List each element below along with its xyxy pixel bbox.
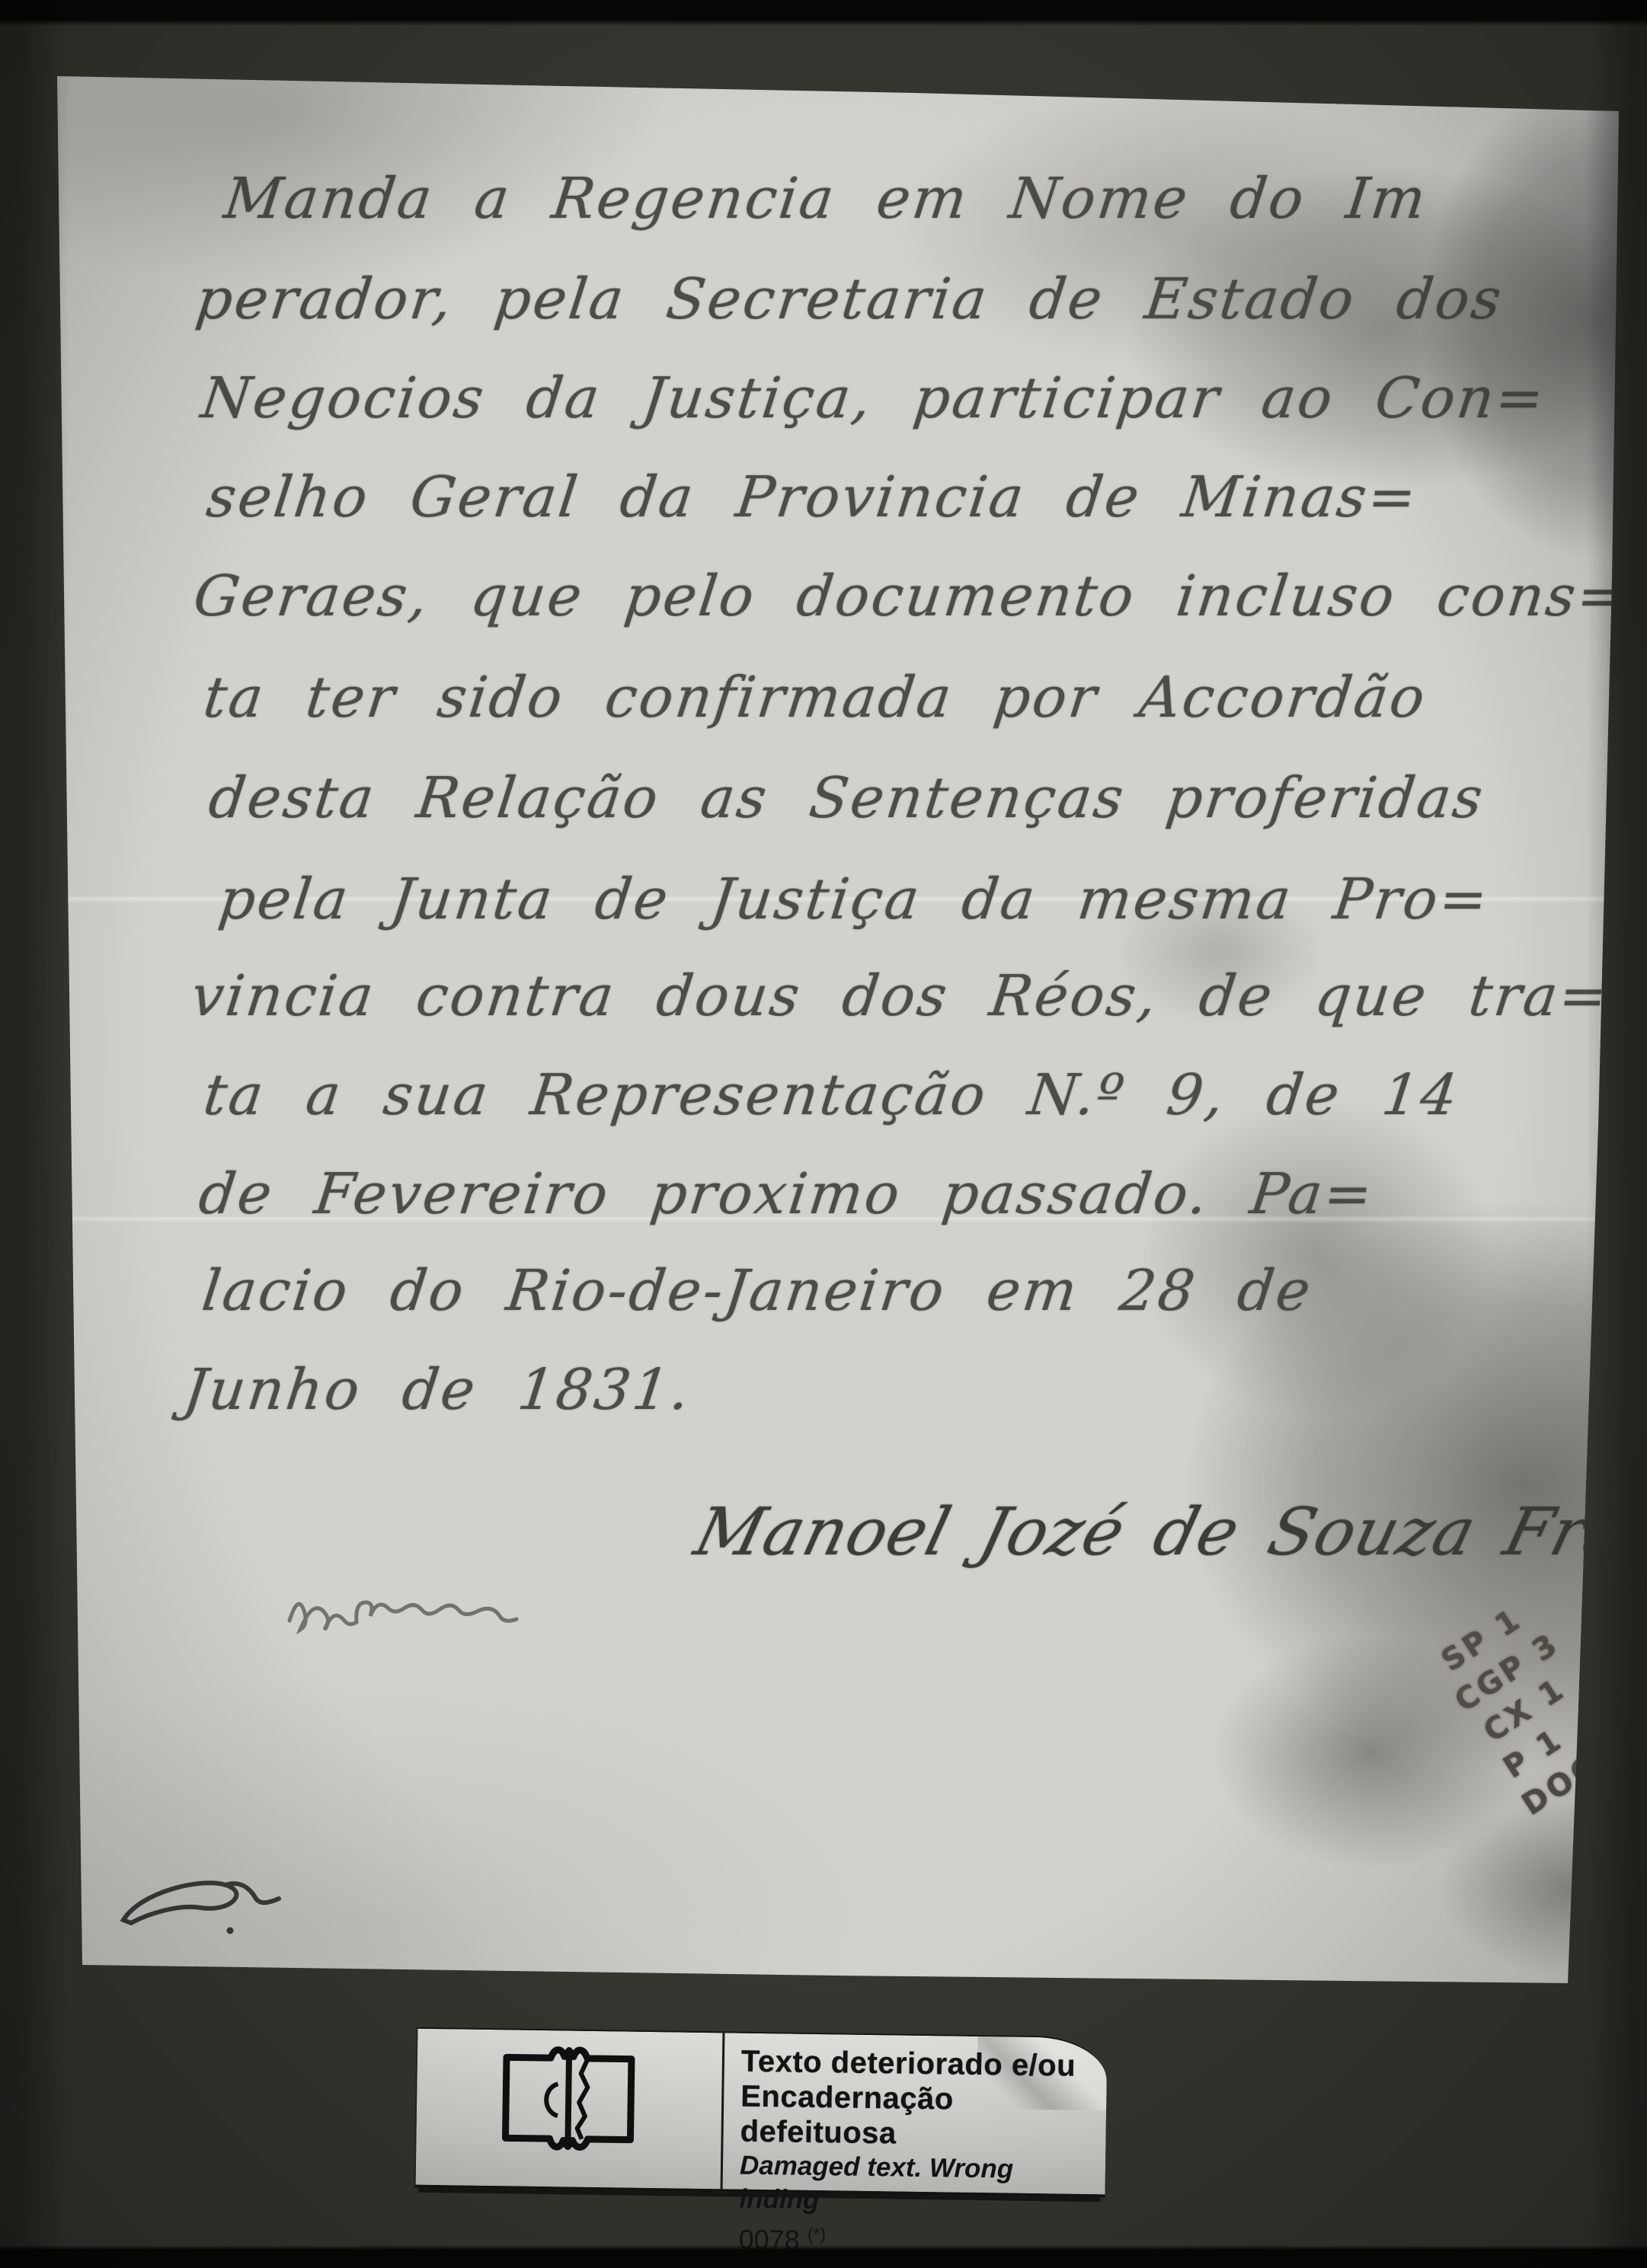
- stamp-text: Texto deteriorado e/ou Encadernação defe…: [738, 2044, 1092, 2261]
- manuscript-line: pela Junta de Justiça da mesma Pro=: [216, 867, 1493, 932]
- manuscript-line: desta Relação as Sentenças proferidas: [206, 765, 1489, 831]
- manuscript-page: Manda a Regencia em Nome do Im perador, …: [0, 0, 1647, 2268]
- flourish-mark-icon: [114, 1870, 305, 1950]
- signature: Manoel Jozé de Souza França: [688, 1494, 1647, 1570]
- manuscript-line: perador, pela Secretaria de Estado dos: [193, 267, 1507, 332]
- archive-code-annotation: SP 1 CGP 3 CX 1 P 1 DOC 12: [1425, 1544, 1647, 1825]
- manuscript-line: lacio do Rio-de-Janeiro em 28 de: [199, 1258, 1316, 1324]
- stamp-title-pt-line1: Texto deteriorado e/ou: [741, 2044, 1092, 2084]
- scanned-document-photo: Manda a Regencia em Nome do Im perador, …: [0, 0, 1647, 2268]
- manuscript-line: Geraes, que pelo documento incluso cons=: [190, 564, 1631, 629]
- manuscript-line: vincia contra dous dos Réos, de que tra=: [188, 963, 1613, 1029]
- top-film-bar: [0, 0, 1647, 26]
- manuscript-line: ta a sua Representação N.º 9, de 14: [200, 1062, 1463, 1128]
- manuscript-line: de Fevereiro proximo passado. Pa=: [196, 1161, 1378, 1227]
- stamp-icon-cell: [416, 2029, 723, 2190]
- stamp-title-pt-line2: Encadernação defeituosa: [740, 2079, 1091, 2154]
- rubric-scribble-icon: [282, 1561, 556, 1649]
- stamp-asterisk: (*): [808, 2224, 827, 2244]
- manuscript-line: Manda a Regencia em Nome do Im: [221, 166, 1431, 232]
- manuscript-line: Junho de 1831.: [181, 1357, 696, 1423]
- manuscript-line: ta ter sido confirmada por Accordão: [200, 665, 1431, 730]
- bottom-film-bar: [0, 2245, 1647, 2268]
- manuscript-line: Negocios da Justiça, participar ao Con=: [198, 366, 1549, 431]
- damage-stamp-label: Texto deteriorado e/ou Encadernação defe…: [414, 2027, 1108, 2198]
- manuscript-line: selho Geral da Provincia de Minas=: [203, 465, 1422, 530]
- open-book-damaged-icon: [481, 2037, 657, 2165]
- stamp-subtitle-en: Damaged text. Wrong inding: [739, 2149, 1090, 2221]
